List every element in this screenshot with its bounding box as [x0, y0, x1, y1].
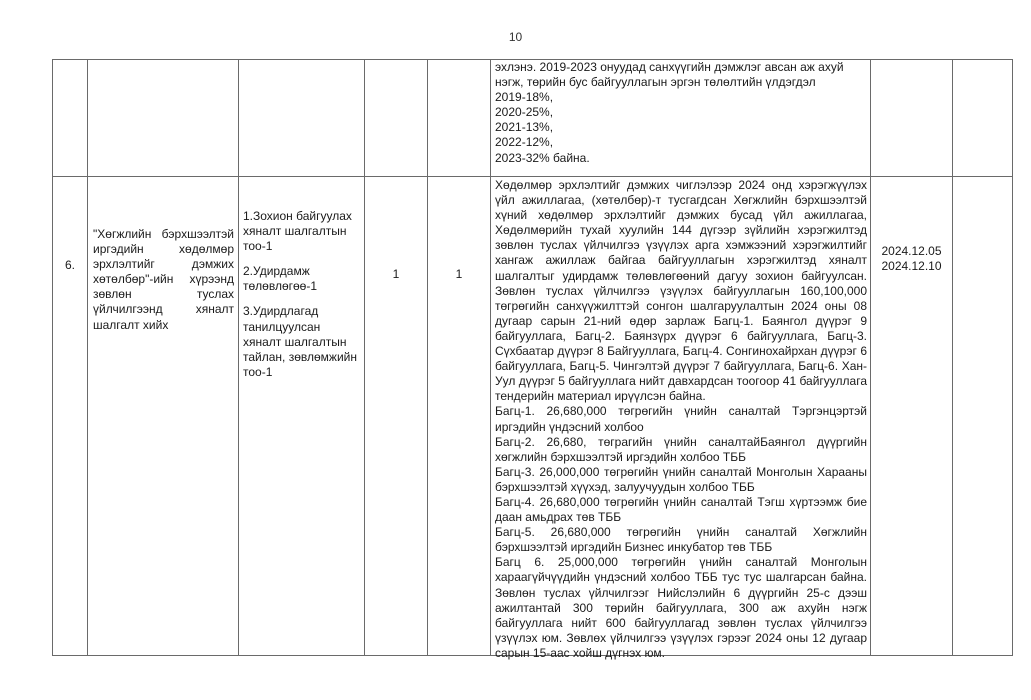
report-paragraph: Багц-5. 26,680,000 төгрөгийн үнийн санал… — [495, 525, 867, 555]
planned-value: 1 — [365, 267, 427, 282]
row-divider — [52, 176, 1013, 177]
col-border — [238, 59, 239, 656]
col-border — [364, 59, 365, 656]
report-table: эхлэнэ. 2019-2023 онуудад санхүүгийн дэм… — [52, 59, 1013, 656]
dates-cell: 2024.12.05 2024.12.10 — [871, 244, 952, 274]
report-paragraph: Багц-4. 26,680,000 төгрөгийн үнийн санал… — [495, 495, 867, 525]
continuation-report-cell: эхлэнэ. 2019-2023 онуудад санхүүгийн дэм… — [495, 60, 867, 166]
col-border — [427, 59, 428, 656]
page-number: 10 — [0, 30, 1031, 44]
report-paragraph: Багц-3. 26,000,000 төгрөгийн үнийн санал… — [495, 465, 867, 495]
report-paragraph: Багц 6. 25,000,000 төгрөгийн үнийн санал… — [495, 555, 867, 661]
report-line: 2022-12%, — [495, 135, 867, 150]
report-line: 2021-13%, — [495, 120, 867, 135]
actual-value: 1 — [428, 267, 490, 282]
col-border — [490, 59, 491, 656]
report-line: 2020-25%, — [495, 105, 867, 120]
col-border — [87, 59, 88, 656]
row-number: 6. — [53, 258, 87, 273]
report-line: эхлэнэ. 2019-2023 онуудад санхүүгийн дэм… — [495, 60, 867, 90]
activity-cell: "Хөгжлийн бэрхшээлтэй иргэдийн хөдөлмөр … — [93, 227, 234, 333]
col-border — [1012, 59, 1013, 656]
report-line: 2019-18%, — [495, 90, 867, 105]
date-start: 2024.12.05 — [871, 244, 952, 259]
row6-report-cell: Хөдөлмөр эрхлэлтийг дэмжих чиглэлээр 202… — [495, 178, 867, 661]
indicators-cell: 1.Зохион байгуулах хяналт шалгалтын тоо-… — [243, 209, 361, 380]
date-end: 2024.12.10 — [871, 259, 952, 274]
indicator-item: 1.Зохион байгуулах хяналт шалгалтын тоо-… — [243, 209, 361, 254]
indicator-item: 3.Удирдлагад танилцуулсан хяналт шалгалт… — [243, 304, 361, 379]
col-border — [870, 59, 871, 656]
col-border — [52, 59, 53, 656]
col-border — [952, 59, 953, 656]
report-paragraph: Хөдөлмөр эрхлэлтийг дэмжих чиглэлээр 202… — [495, 178, 867, 404]
report-line: 2023-32% байна. — [495, 151, 867, 166]
indicator-item: 2.Удирдамж төлөвлөгөө-1 — [243, 264, 361, 294]
report-paragraph: Багц-2. 26,680, төграгийн үнийн саналтай… — [495, 435, 867, 465]
report-paragraph: Багц-1. 26,680,000 төгрөгийн үнийн санал… — [495, 404, 867, 434]
